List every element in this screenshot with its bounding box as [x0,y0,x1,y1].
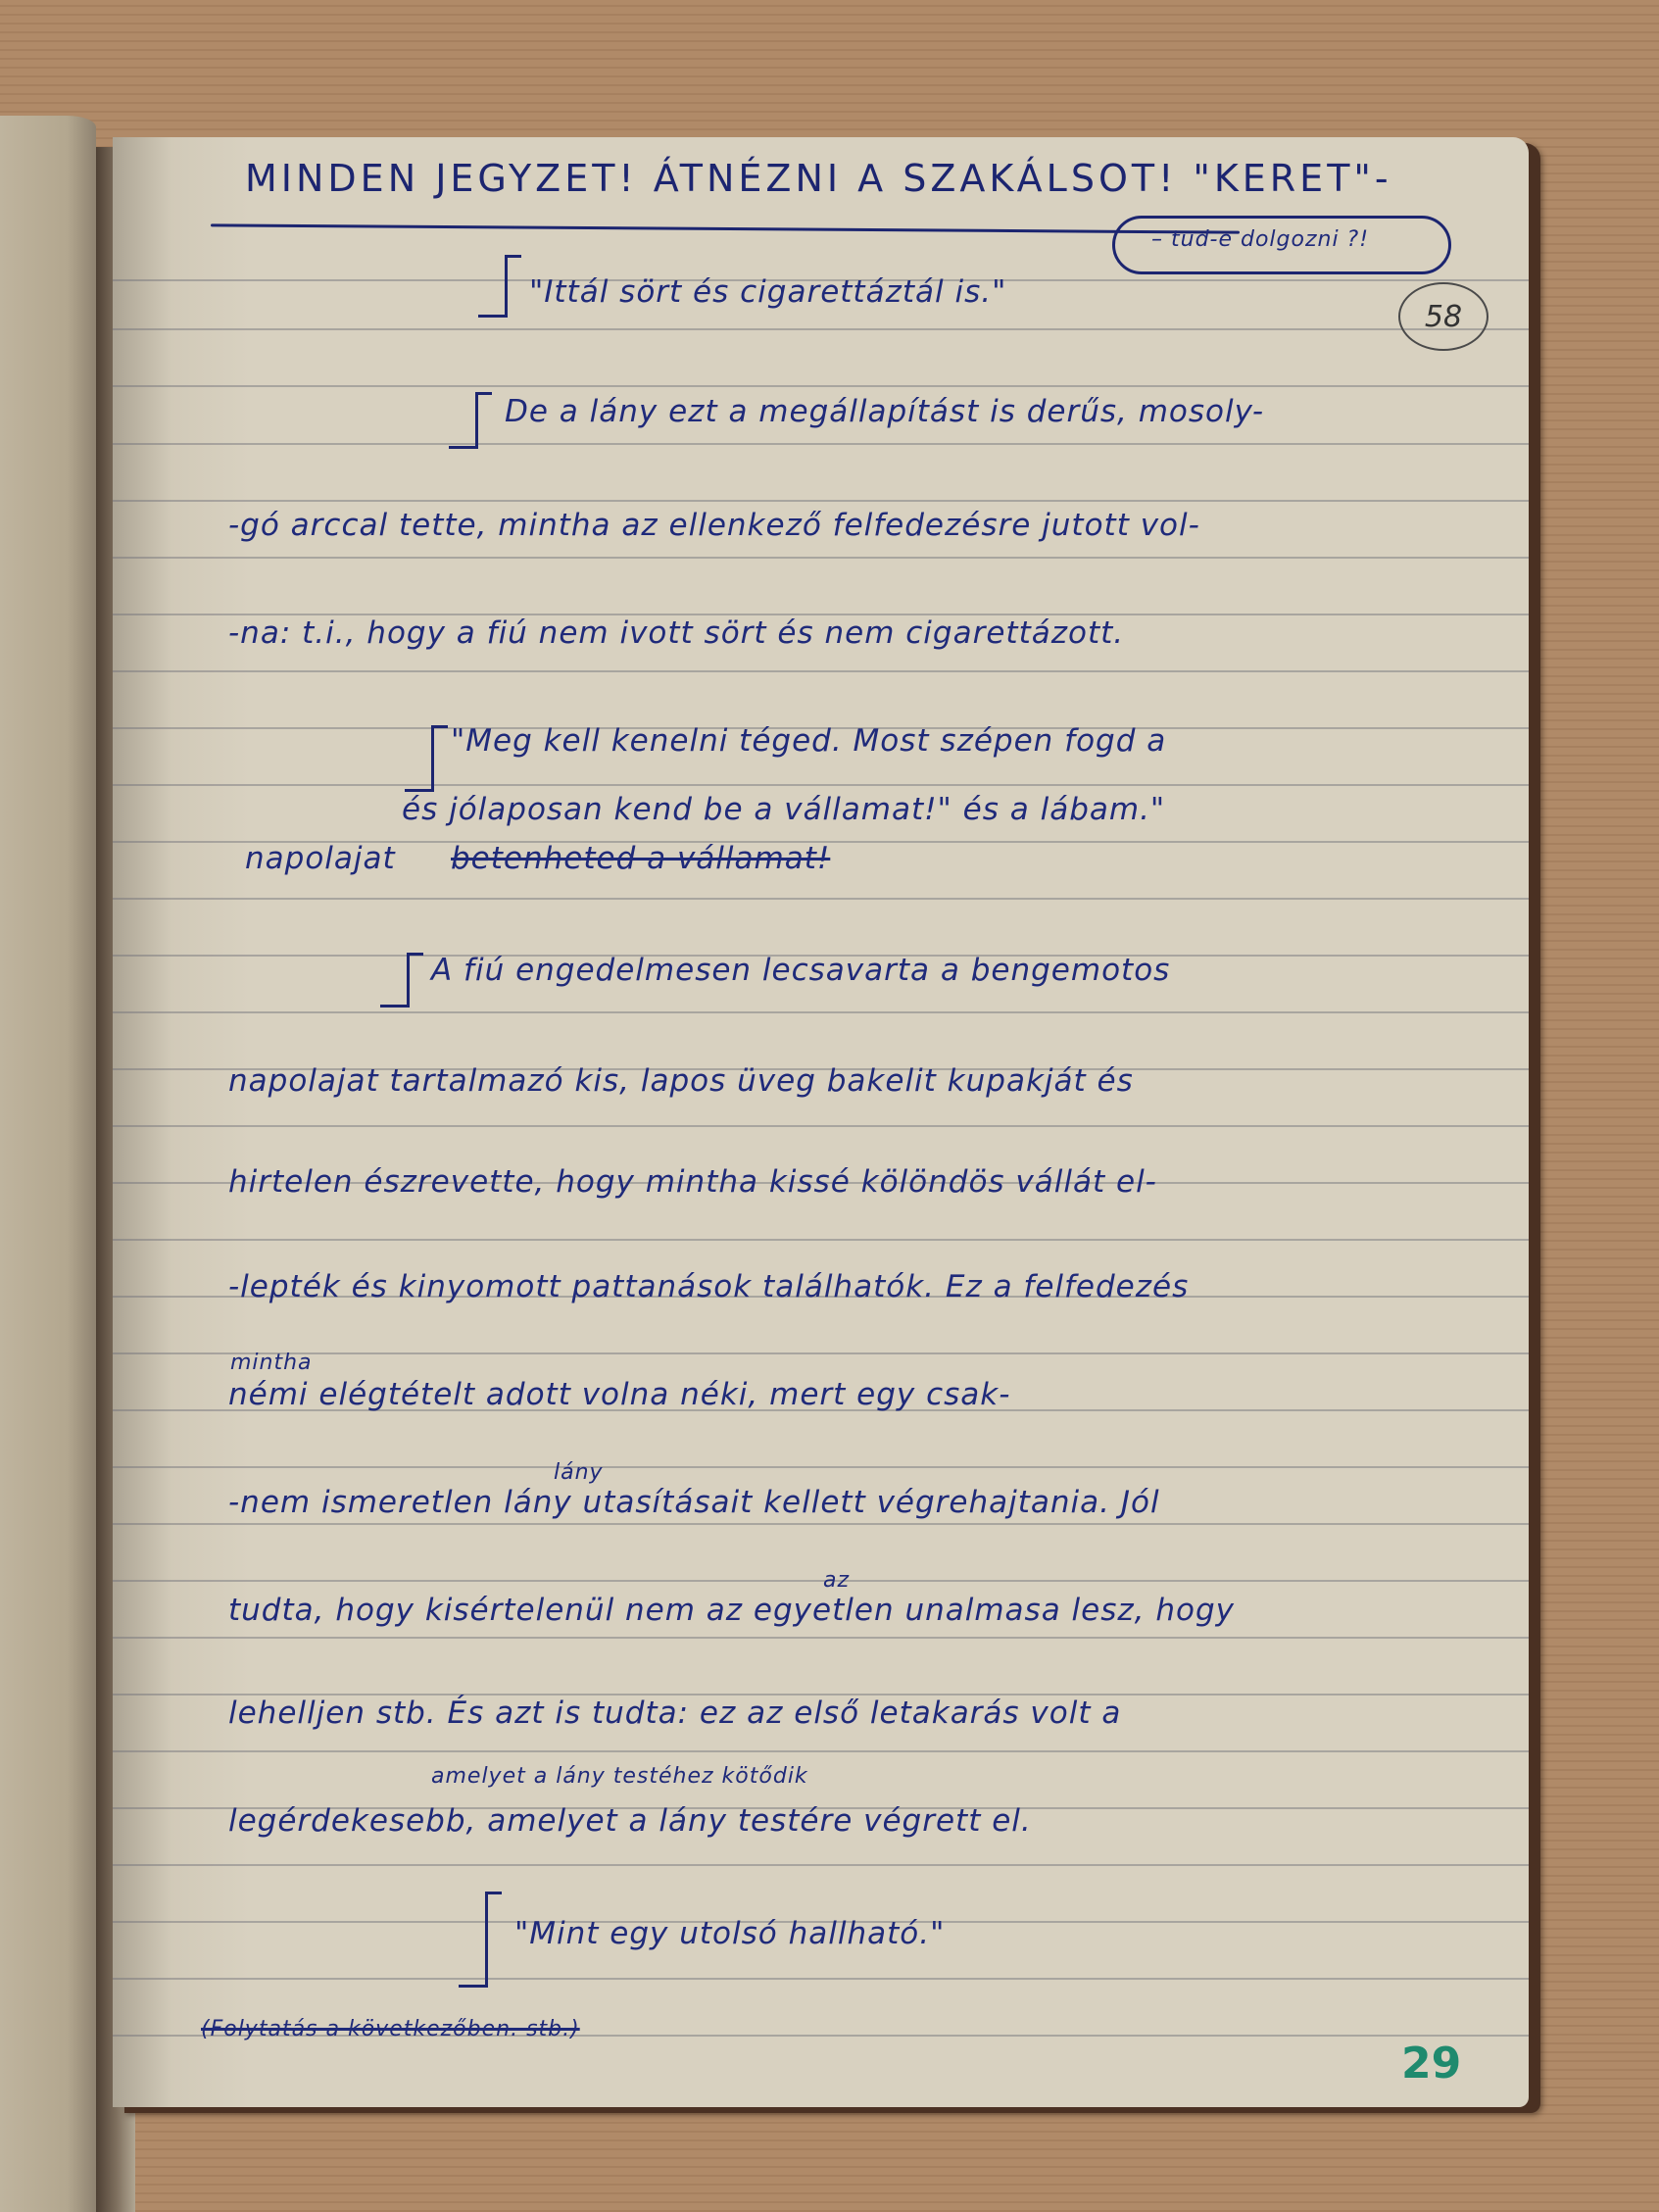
ruled-line [113,1011,1529,1013]
ruled-line [113,385,1529,387]
ruled-line [113,1239,1529,1241]
paragraph-line: és jólaposan kend be a vállamat!" és a l… [402,792,1165,827]
margin-insert: napolajat [245,841,396,876]
bracket-marker [431,725,448,789]
paragraph-line: -na: t.i., hogy a fiú nem ivott sört és … [228,615,1124,651]
page-number: 29 [1401,2039,1461,2089]
paragraph-line: legérdekesebb, amelyet a lány testére vé… [228,1803,1032,1839]
ruled-line [113,1637,1529,1639]
paragraph-line: De a lány ezt a megállapítást is derűs, … [505,394,1264,429]
correction-insert: az [823,1568,850,1593]
ruled-line [113,1352,1529,1354]
ruled-line [113,784,1529,786]
paragraph-line: "Mint egy utolsó hallható." [514,1916,945,1951]
circled-page-number: 58 [1398,282,1488,351]
page-heading: MINDEN JEGYZET! ÁTNÉZNI A SZAKÁLSOT! "KE… [245,157,1392,200]
ruled-line [113,1978,1529,1980]
heading-underline [211,223,1240,233]
struck-text: betenheted a vállamat! [451,841,830,876]
ruled-line [113,1864,1529,1866]
correction-insert: mintha [230,1351,313,1375]
paragraph-line: -gó arccal tette, mintha az ellenkező fe… [228,508,1200,543]
paragraph-line: -lepték és kinyomott pattanások találhat… [228,1269,1189,1304]
correction-insert: amelyet a lány testéhez kötődik [431,1764,808,1789]
left-notebook-page [0,116,96,2212]
ruled-line [113,500,1529,502]
correction-insert: lány [554,1460,604,1485]
ruled-line [113,557,1529,559]
paragraph-line: hirtelen észrevette, hogy mintha kissé k… [228,1164,1157,1200]
ruled-line [113,670,1529,672]
paragraph-line: napolajat tartalmazó kis, lapos üveg bak… [228,1063,1134,1099]
paragraph-line: -nem ismeretlen lány utasításait kellett… [228,1485,1160,1520]
ruled-line [113,443,1529,445]
bracket-marker [485,1892,502,1985]
paragraph-line: tudta, hogy kisértelenül nem az egyetlen… [228,1593,1235,1628]
ruled-line [113,898,1529,900]
paragraph-line: némi elégtételt adott volna néki, mert e… [228,1377,1010,1412]
bracket-marker [407,953,423,1005]
footer-note: (Folytatás a következőben. stb.) [201,2017,580,2041]
bracket-marker [475,392,492,446]
margin-note: – tud-e dolgozni ?! [1151,227,1369,252]
ruled-line [113,1125,1529,1127]
paragraph-line: "Meg kell kenelni téged. Most szépen fog… [451,723,1166,759]
paragraph-line: lehelljen stb. És azt is tudta: ez az el… [228,1696,1121,1731]
ruled-line [113,1466,1529,1468]
ruled-line [113,1750,1529,1752]
notebook-page: MINDEN JEGYZET! ÁTNÉZNI A SZAKÁLSOT! "KE… [113,137,1529,2107]
ruled-line [113,328,1529,330]
ruled-line [113,1523,1529,1525]
ruled-line [113,1580,1529,1582]
paragraph-line: "Ittál sört és cigarettáztál is." [529,274,1006,310]
bracket-marker [505,255,521,315]
paragraph-line: A fiú engedelmesen lecsavarta a bengemot… [431,953,1170,988]
